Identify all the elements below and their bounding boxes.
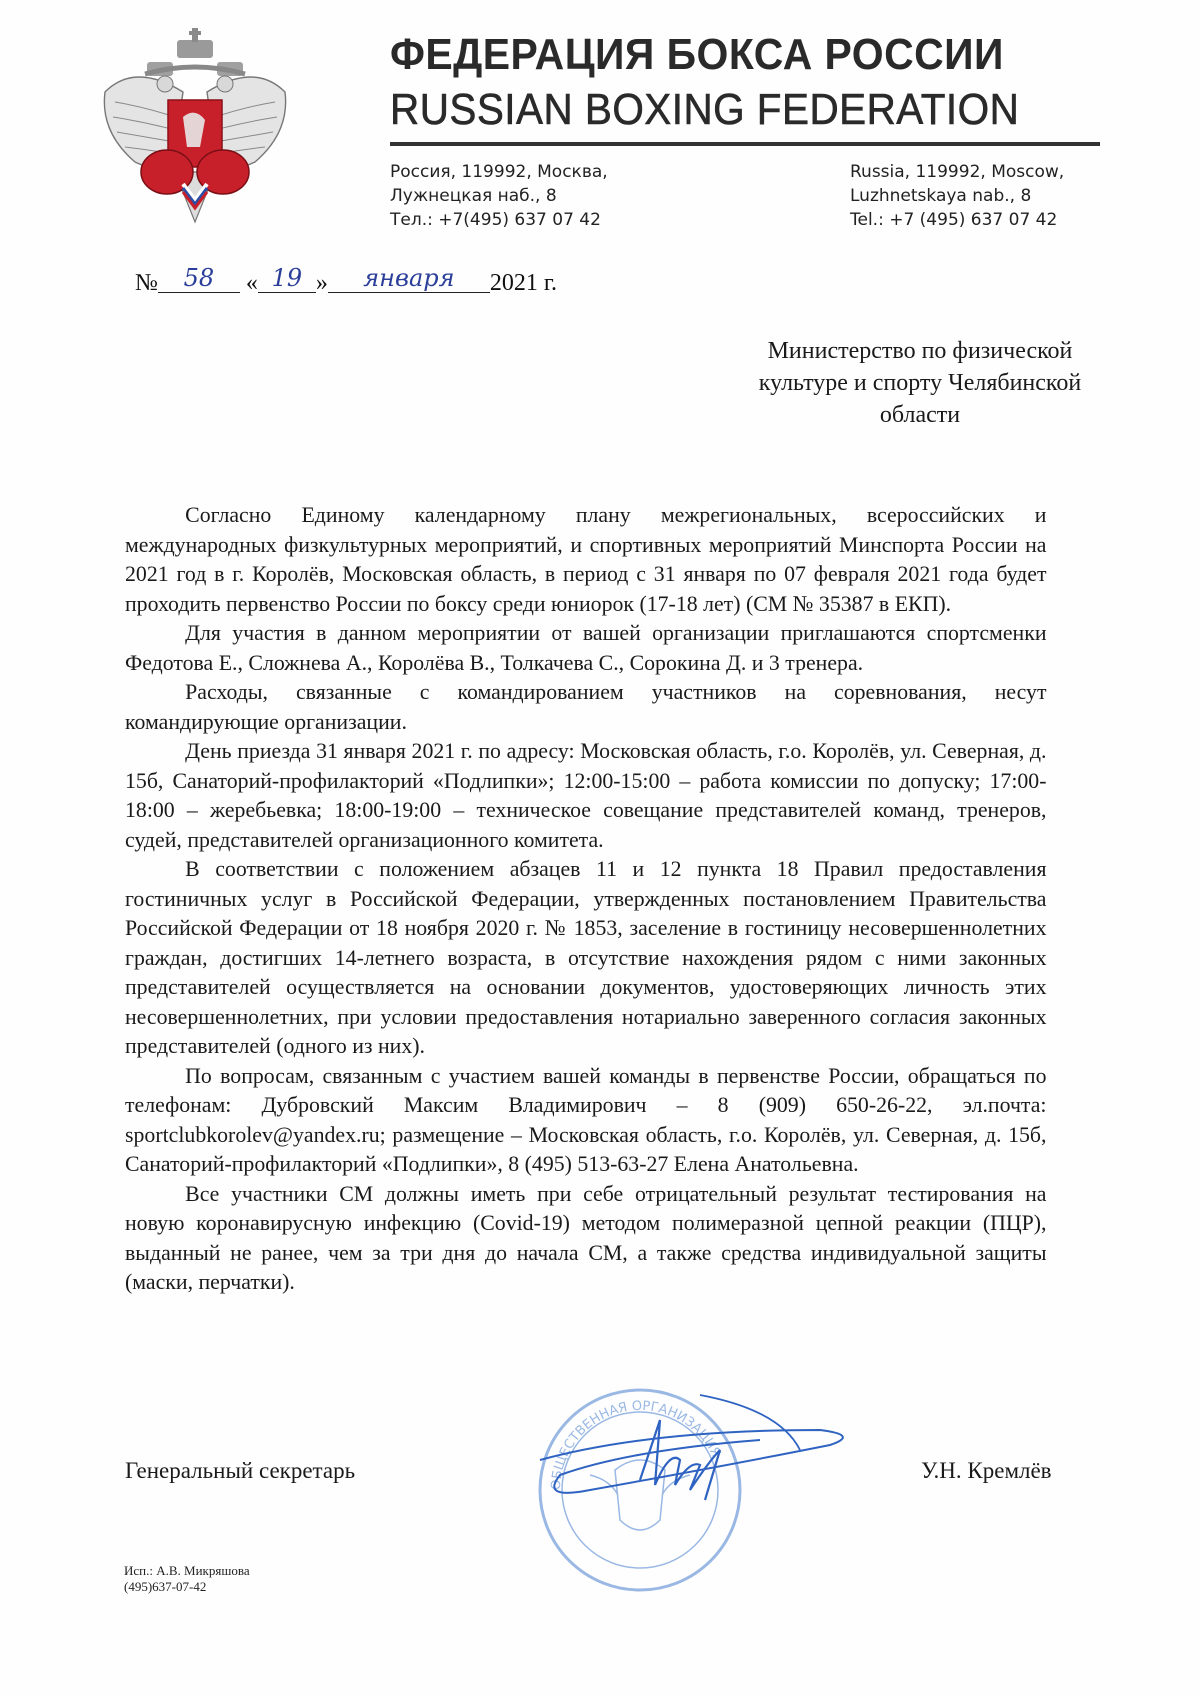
document-month: января [328,264,490,293]
addressee-line1: Министерство по физической [700,335,1140,367]
executor-phone: (495)637-07-42 [124,1579,250,1595]
address-ru-line2: Лужнецкая наб., 8 [390,184,608,208]
document-reference: №58 «19»января2021 г. [135,268,557,297]
letter-body: Согласно Единому календарному плану межр… [125,500,1047,1297]
paragraph-contacts: По вопросам, связанным с участием вашей … [125,1061,1047,1179]
paragraph-arrival: День приезда 31 января 2021 г. по адресу… [125,736,1047,854]
addressee-block: Министерство по физической культуре и сп… [700,335,1140,431]
addressee-line2: культуре и спорту Челябинской [700,367,1140,399]
paragraph-accommodation-rules: В соответствии с положением абзацев 11 и… [125,854,1047,1061]
document-day: 19 [258,264,316,293]
signatory-name: У.Н. Кремлёв [921,1458,1052,1484]
paragraph-expenses: Расходы, связанные с командированием уча… [125,677,1047,736]
document-year: 2021 г. [490,270,557,296]
header-divider [390,142,1100,146]
address-en: Russia, 119992, Moscow, Luzhnetskaya nab… [850,160,1064,232]
paragraph-participants: Для участия в данном мероприятии от ваше… [125,618,1047,677]
address-ru-line1: Россия, 119992, Москва, [390,160,608,184]
federation-name-en: RUSSIAN BOXING FEDERATION [390,85,1019,135]
address-en-line2: Luzhnetskaya nab., 8 [850,184,1064,208]
address-ru: Россия, 119992, Москва, Лужнецкая наб., … [390,160,608,232]
document-number: 58 [158,264,240,293]
paragraph-covid: Все участники СМ должны иметь при себе о… [125,1179,1047,1297]
address-en-line1: Russia, 119992, Moscow, [850,160,1064,184]
address-en-phone: Tel.: +7 (495) 637 07 42 [850,208,1064,232]
addressee-line3: области [700,399,1140,431]
address-ru-phone: Тел.: +7(495) 637 07 42 [390,208,608,232]
executor-name: Исп.: А.В. Микряшова [124,1563,250,1579]
close-quote: » [316,270,328,296]
executor-block: Исп.: А.В. Микряшова (495)637-07-42 [124,1563,250,1595]
signatory-title: Генеральный секретарь [125,1458,355,1484]
letter-page: ФЕДЕРАЦИЯ БОКСА РОССИИ RUSSIAN BOXING FE… [0,0,1200,1697]
handwritten-signature-icon [530,1390,870,1540]
number-label: № [135,270,158,296]
federation-name-ru: ФЕДЕРАЦИЯ БОКСА РОССИИ [390,30,1004,80]
federation-emblem-icon [95,22,295,227]
paragraph-event: Согласно Единому календарному плану межр… [125,500,1047,618]
open-quote: « [246,270,258,296]
